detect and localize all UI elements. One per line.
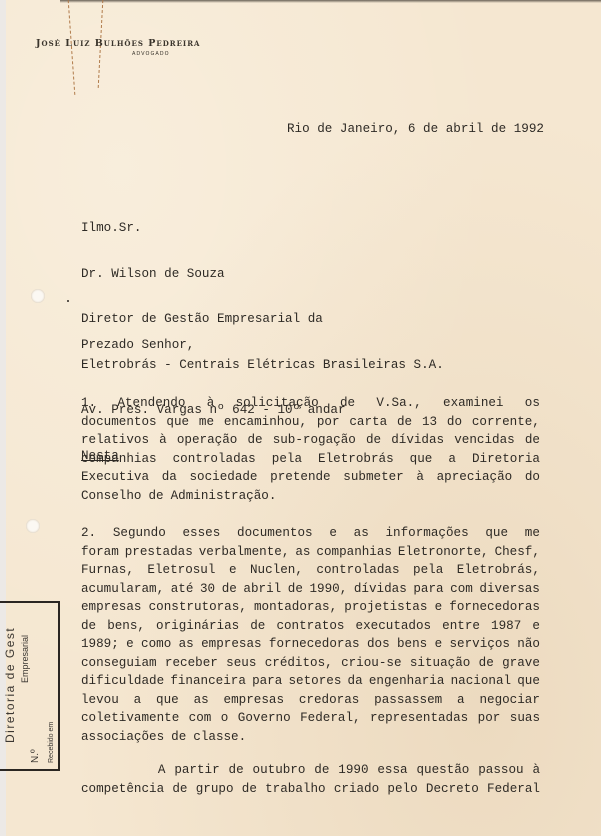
addressee-line: Ilmo.Sr. [81, 222, 444, 236]
addressee-line: Dr. Wilson de Souza [81, 268, 444, 282]
paragraph-line: 1989;ecomoasempresasfornecedorasdosbense… [81, 635, 540, 654]
stamp-subdepartment: Empresarial [20, 635, 30, 683]
paragraph-line: documentosquemeencaminhou,porcartade13do… [81, 413, 540, 432]
paragraph-line: dificuldadefinanceiraparasetoresdaengenh… [81, 672, 540, 691]
letterhead-title: ADVOGADO [132, 51, 170, 57]
letterhead: José Luiz Bulhões Pedreira ADVOGADO [36, 38, 200, 49]
paragraph-line: 2.Segundoessesdocumentoseasinformaçõesqu… [81, 524, 540, 543]
stamp-department: Diretoria de Gest [3, 627, 17, 743]
paragraph-line: Executivadasociedadepretendesubmeteràapr… [81, 468, 540, 487]
letterhead-name: José Luiz Bulhões Pedreira [36, 38, 200, 49]
date-line: Rio de Janeiro, 6 de abril de 1992 [287, 121, 544, 137]
paragraph-line: empresasconstrutoras,montadoras,projetis… [81, 598, 540, 617]
paragraph-line: competênciadegrupodetrabalhocriadopeloDe… [81, 780, 540, 799]
paragraph-line: 1.AtendendoàsolicitaçãodeV.Sa.,examineio… [81, 394, 540, 413]
stamp-received-label: Recebido em [48, 722, 55, 763]
paragraph-1: 1.AtendendoàsolicitaçãodeV.Sa.,examineio… [81, 394, 540, 505]
paragraph-line: ConselhodeAdministração. [81, 487, 540, 506]
paragraph-line: levouaqueasempresascredoraspassassemaneg… [81, 691, 540, 710]
paragraph-3: Apartirdeoutubrode1990essaquestãopassouà… [81, 761, 540, 798]
paragraph-line: debens,origináriasdecontratosexecutadose… [81, 617, 540, 636]
punch-hole [26, 519, 40, 533]
paragraph-line: coletivamentecomoGovernoFederal,represen… [81, 709, 540, 728]
punch-hole [31, 289, 45, 303]
paragraph-line: companhiascontroladaspelaEletrobrásqueaD… [81, 450, 540, 469]
addressee-line: Eletrobrás - Centrais Elétricas Brasilei… [81, 359, 444, 373]
addressee-line: Diretor de Gestão Empresarial da [81, 313, 444, 327]
received-stamp: Diretoria de Gest Empresarial N.º Recebi… [0, 601, 60, 771]
paragraph-line: acumularam,até30deabrilde1990,dívidaspar… [81, 580, 540, 599]
paragraph-line: Apartirdeoutubrode1990essaquestãopassouà [81, 761, 540, 780]
paragraph-line: conseguiamreceberseuscréditos,criou-sesi… [81, 654, 540, 673]
paragraph-2: 2.Segundoessesdocumentoseasinformaçõesqu… [81, 524, 540, 746]
page-top-edge [60, 0, 601, 3]
paragraph-line: associaçõesdeclasse. [81, 728, 540, 747]
paragraph-line: relativosàoperaçãodesub-rogaçãodedívidas… [81, 431, 540, 450]
speck [67, 300, 69, 302]
salutation: Prezado Senhor, [81, 337, 194, 353]
document-page: José Luiz Bulhões Pedreira ADVOGADO Rio … [0, 0, 601, 836]
stamp-number-label: N.º [30, 749, 41, 763]
paragraph-line: Furnas,EletrosuleNuclen,controladaspelaE… [81, 561, 540, 580]
paragraph-line: foramprestadasverbalmente,ascompanhiasEl… [81, 543, 540, 562]
